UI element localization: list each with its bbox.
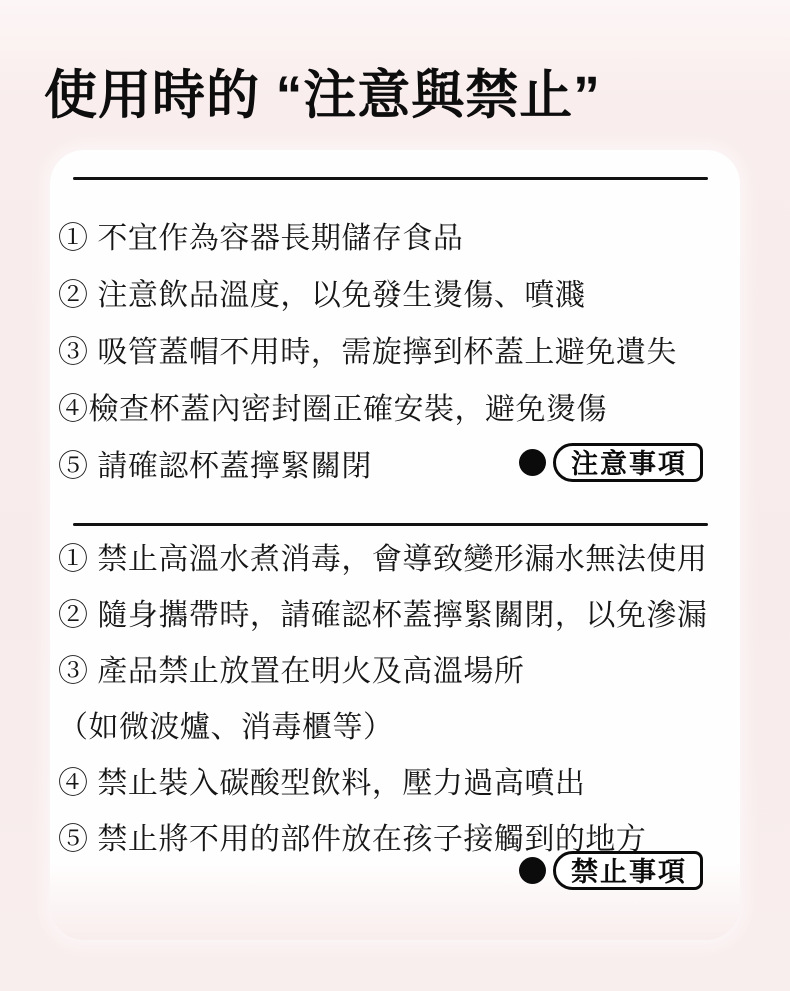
- list-item-text: ④ 禁止裝入碳酸型飲料，壓力過高噴出: [58, 758, 585, 802]
- list-item: ③ 吸管蓋帽不用時，需旋擰到杯蓋上避免遺失: [58, 320, 732, 377]
- page-title: 使用時的 “注意與禁止”: [44, 64, 601, 128]
- list-item: ② 隨身攜帶時，請確認杯蓋擰緊關閉，以免滲漏: [58, 584, 732, 640]
- list-item: ① 禁止高溫水煮消毒，會導致變形漏水無法使用: [58, 528, 732, 584]
- section-divider: [73, 177, 708, 180]
- list-item: ③ 產品禁止放置在明火及高溫場所: [58, 640, 732, 696]
- list-item: ② 注意飲品溫度，以免發生燙傷、噴濺: [58, 263, 732, 320]
- prohibitions-badge-label: 禁止事項: [553, 851, 703, 890]
- list-item: ④檢查杯蓋內密封圈正確安裝，避免燙傷: [58, 377, 732, 434]
- prohibitions-list: ① 禁止高溫水煮消毒，會導致變形漏水無法使用 ② 隨身攜帶時，請確認杯蓋擰緊關閉…: [58, 528, 732, 864]
- list-item-text: ⑤ 請確認杯蓋擰緊關閉: [58, 441, 372, 485]
- list-item-text: ② 隨身攜帶時，請確認杯蓋擰緊關閉，以免滲漏: [58, 590, 707, 634]
- bullet-dot-icon: [519, 857, 546, 884]
- list-item-text: ④檢查杯蓋內密封圈正確安裝，避免燙傷: [58, 384, 607, 428]
- section-divider: [73, 523, 708, 526]
- list-item-text: ③ 吸管蓋帽不用時，需旋擰到杯蓋上避免遺失: [58, 327, 677, 371]
- list-item: ④ 禁止裝入碳酸型飲料，壓力過高噴出: [58, 752, 732, 808]
- prohibitions-badge: 禁止事項: [519, 850, 703, 890]
- list-item-text: ③ 產品禁止放置在明火及高溫場所: [58, 646, 524, 690]
- list-item-text: ② 注意飲品溫度，以免發生燙傷、噴濺: [58, 270, 585, 314]
- list-item-text: ① 不宜作為容器長期儲存食品: [58, 213, 463, 257]
- list-item: ① 不宜作為容器長期儲存食品: [58, 206, 732, 263]
- list-item-text: （如微波爐、消毒櫃等）: [58, 702, 394, 746]
- precautions-list: ① 不宜作為容器長期儲存食品 ② 注意飲品溫度，以免發生燙傷、噴濺 ③ 吸管蓋帽…: [58, 206, 732, 491]
- precautions-badge: 注意事項: [519, 443, 703, 482]
- info-card: ① 不宜作為容器長期儲存食品 ② 注意飲品溫度，以免發生燙傷、噴濺 ③ 吸管蓋帽…: [50, 150, 740, 940]
- precautions-badge-label: 注意事項: [553, 443, 703, 482]
- list-item: ⑤ 請確認杯蓋擰緊關閉 注意事項: [58, 434, 732, 491]
- bullet-dot-icon: [519, 449, 546, 476]
- list-item-continuation: （如微波爐、消毒櫃等）: [58, 696, 732, 752]
- list-item-text: ① 禁止高溫水煮消毒，會導致變形漏水無法使用: [58, 534, 707, 578]
